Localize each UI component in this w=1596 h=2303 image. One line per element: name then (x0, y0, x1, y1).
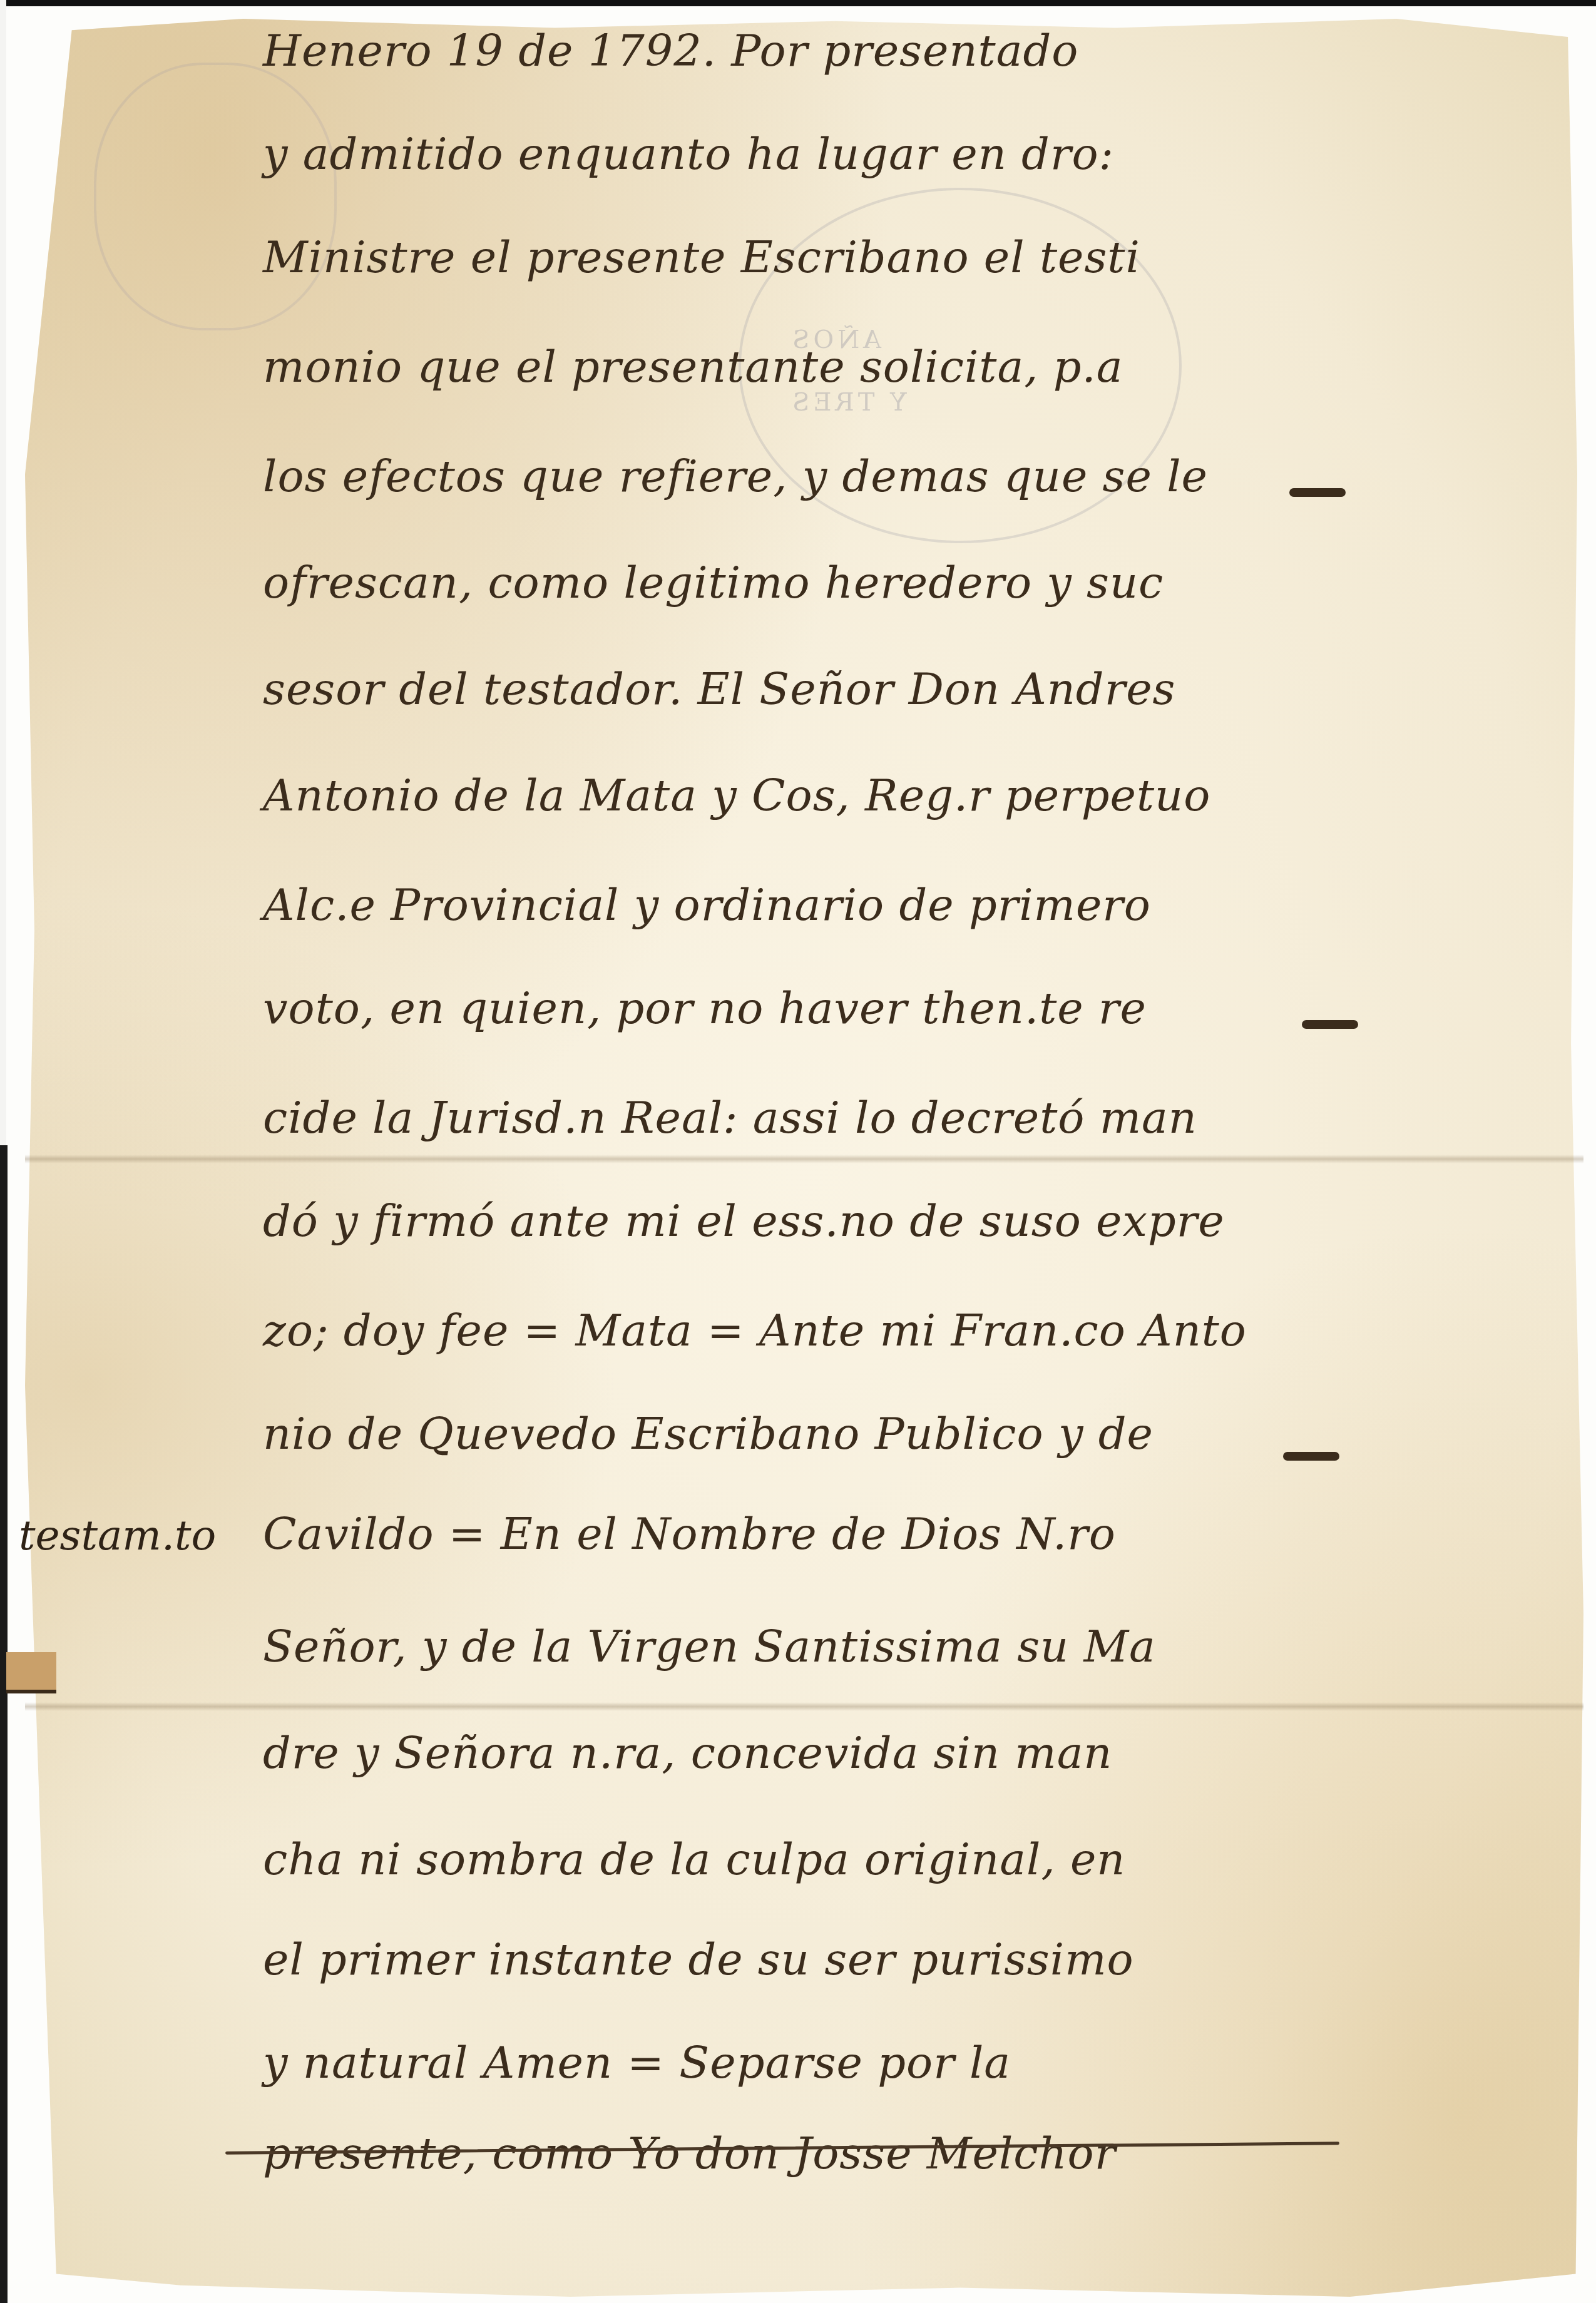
line-end-flourish (1289, 488, 1346, 497)
scan-top-border (0, 0, 1596, 6)
manuscript-line: el primer instante de su ser purissimo (263, 1934, 1134, 1985)
margin-annotation: testam.to (19, 1511, 216, 1560)
line-end-flourish (1302, 1020, 1358, 1029)
manuscript-line: Antonio de la Mata y Cos, Reg.r perpetuo (263, 770, 1210, 821)
paper-fold-crease (25, 1155, 1583, 1163)
manuscript-line: Henero 19 de 1792. Por presentado (263, 25, 1078, 76)
manuscript-line: cide la Jurisd.n Real: assi lo decretó m… (263, 1092, 1197, 1143)
manuscript-line: nio de Quevedo Escribano Publico y de (263, 1408, 1154, 1459)
manuscript-line: monio que el presentante solicita, p.a (263, 341, 1123, 392)
manuscript-line: y admitido enquanto ha lugar en dro: (263, 128, 1114, 180)
manuscript-line: dre y Señora n.ra, concevida sin man (263, 1727, 1112, 1779)
bleed-through-seal-icon (94, 63, 337, 330)
manuscript-line: Alc.e Provincial y ordinario de primero (263, 879, 1151, 931)
manuscript-line: cha ni sombra de la culpa original, en (263, 1834, 1125, 1885)
manuscript-line: los efectos que refiere, y demas que se … (263, 451, 1208, 502)
manuscript-line: voto, en quien, por no haver then.te re (263, 983, 1147, 1034)
manuscript-line: zo; doy fee = Mata = Ante mi Fran.co Ant… (263, 1305, 1247, 1356)
scan-left-margin (0, 0, 6, 1145)
manuscript-line: Cavildo = En el Nombre de Dios N.ro (263, 1508, 1116, 1560)
torn-paper-edge (6, 1652, 56, 1693)
manuscript-line: sesor del testador. El Señor Don Andres (263, 663, 1175, 715)
line-end-flourish (1283, 1452, 1339, 1461)
paper-fold-crease (25, 1702, 1583, 1711)
manuscript-line: presente, como Yo don Josse Melchor (263, 2128, 1116, 2179)
manuscript-line: ofrescan, como legitimo heredero y suc (263, 557, 1164, 608)
manuscript-line: dó y firmó ante mi el ess.no de suso exp… (263, 1195, 1225, 1247)
scan-left-border (0, 1145, 8, 2303)
manuscript-line: Ministre el presente Escribano el testi (263, 232, 1140, 283)
manuscript-line: Señor, y de la Virgen Santissima su Ma (263, 1621, 1156, 1672)
manuscript-line: y natural Amen = Separse por la (263, 2037, 1011, 2088)
